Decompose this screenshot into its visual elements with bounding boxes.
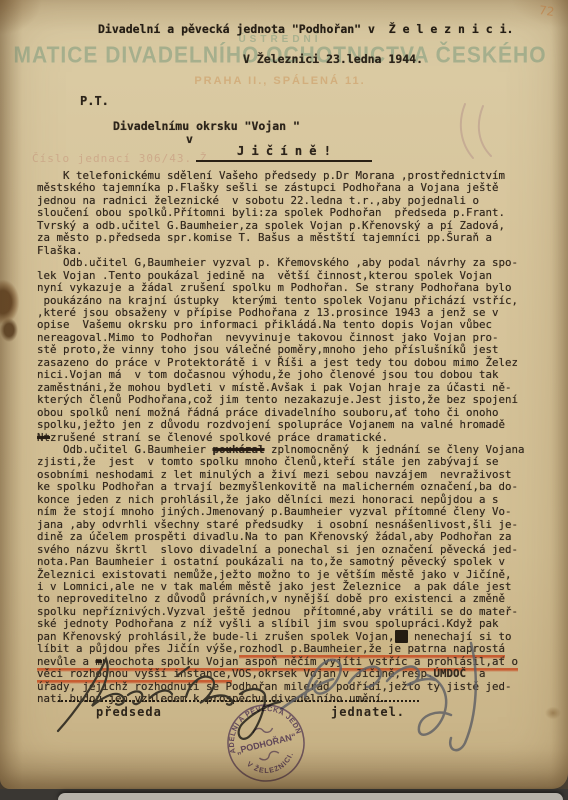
body-line: sloučení obou spolků.Přítomni byli:za sp… xyxy=(37,207,537,219)
letterhead-file-number: Číslo jednací 306/43. Ž. xyxy=(32,152,215,165)
letter-title: Divadelní a pěvecká jednota "Podhořan" v… xyxy=(98,22,513,36)
pencil-scribble xyxy=(455,100,499,164)
body-line: zjisti,že jest v tomto spolku mnoho člen… xyxy=(37,456,537,468)
pencil-note: 72 xyxy=(538,3,555,19)
scanner-edge-strip xyxy=(58,793,563,800)
scanned-letter-photo: ÚSTŘEDNÍ MATICE DIVADELNÍHO OCHOTNICTVA … xyxy=(0,0,568,800)
body-line: stě proto,že vinny toho jsou válečné pom… xyxy=(37,344,537,356)
body-line: to neproveditelno z důvodů právních,v ny… xyxy=(37,593,537,605)
body-line: nyní vykazuje a žádal zrušení spolku m P… xyxy=(37,282,537,294)
body-line: ke spolku Podhořan a trvají bezmyšlenkov… xyxy=(37,481,537,493)
recipient-line: Divadelnímu okrsku "Vojan " xyxy=(113,119,300,133)
letterhead-watermark-line3: PRAHA II., SPÁLENÁ 11. xyxy=(0,75,560,87)
body-line: kterých členů Podhořana,což jim tento ne… xyxy=(37,394,537,406)
body-line: za město p.předseda spr.komise T. Bašus … xyxy=(37,232,537,244)
paper-sheet: ÚSTŘEDNÍ MATICE DIVADELNÍHO OCHOTNICTVA … xyxy=(0,0,568,789)
letter-body: K telefonickému sdělení Vašeho předsedy … xyxy=(37,170,537,705)
body-line: ním že stojí mnoho jiných.Jmenovaný p.Ba… xyxy=(37,506,537,518)
body-line: nici.Vojan má v tom dočasnou výhodu,že j… xyxy=(37,369,537,381)
salutation: P.T. xyxy=(80,94,109,108)
recipient-city-underlined: J i č í n ě ! xyxy=(196,144,372,162)
body-line: dině za účelem prospěti divadlu.Na to pa… xyxy=(37,531,537,543)
recipient-preposition: v xyxy=(186,132,193,146)
body-line: nota.Pan Baumheier i ostatní poukázali n… xyxy=(37,556,537,568)
stamp-bottom-text: V ŽELEZNICI. xyxy=(244,749,299,781)
dateline: V Železnici 23.ledna 1944. xyxy=(243,52,423,66)
body-line: Odb.učitel G,Baumheier vyzval p. Křemovs… xyxy=(37,257,537,269)
svg-text:V ŽELEZNICI.: V ŽELEZNICI. xyxy=(244,749,299,781)
